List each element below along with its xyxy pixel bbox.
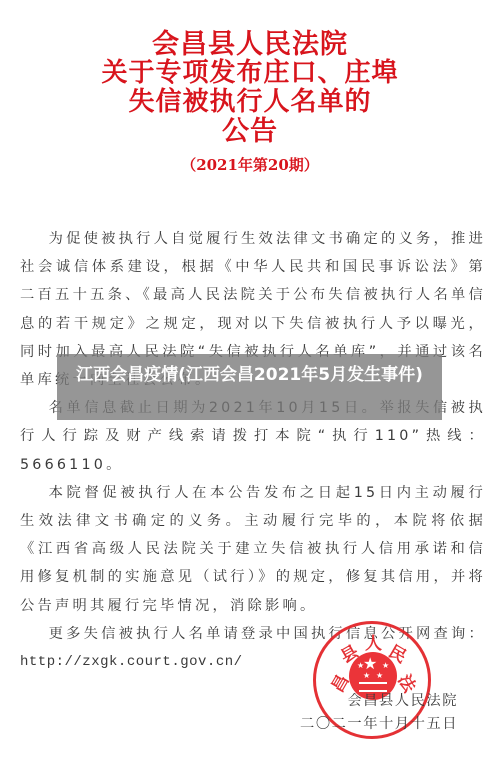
title-line-3: 失信被执行人名单的 xyxy=(0,88,500,117)
title-line-4: 公告 xyxy=(0,117,500,146)
star-icon: ★ xyxy=(357,662,364,670)
notice-document: 会昌县人民法院 关于专项发布庄口、庄埠 失信被执行人名单的 公告 （2021年第… xyxy=(0,0,500,776)
star-icon: ★ xyxy=(363,672,370,680)
caption-overlay: 江西会昌疫情(江西会昌2021年5月发生事件) xyxy=(57,354,442,420)
title-line-2: 关于专项发布庄口、庄埠 xyxy=(0,59,500,88)
seal-char: 人 xyxy=(365,629,382,654)
signature-block: 会昌县人民法院 二〇二一年十月十五日 xyxy=(300,690,458,736)
court-name-title: 会昌县人民法院 xyxy=(0,30,500,59)
signing-date: 二〇二一年十月十五日 xyxy=(300,713,458,736)
notice-title-block: 会昌县人民法院 关于专项发布庄口、庄埠 失信被执行人名单的 公告 （2021年第… xyxy=(0,30,500,174)
star-icon: ★ xyxy=(382,662,389,670)
star-icon: ★ xyxy=(376,672,383,680)
issue-number: （2021年第20期） xyxy=(0,156,500,174)
notice-body: 为促使被执行人自觉履行生效法律文书确定的义务，推进社会诚信体系建设，根据《中华人… xyxy=(20,225,486,676)
signing-court: 会昌县人民法院 xyxy=(300,690,458,713)
star-icon: ★ xyxy=(363,656,377,672)
paragraph-performance: 本院督促被执行人在本公告发布之日起15日内主动履行生效法律文书确定的义务。主动履… xyxy=(20,479,486,620)
